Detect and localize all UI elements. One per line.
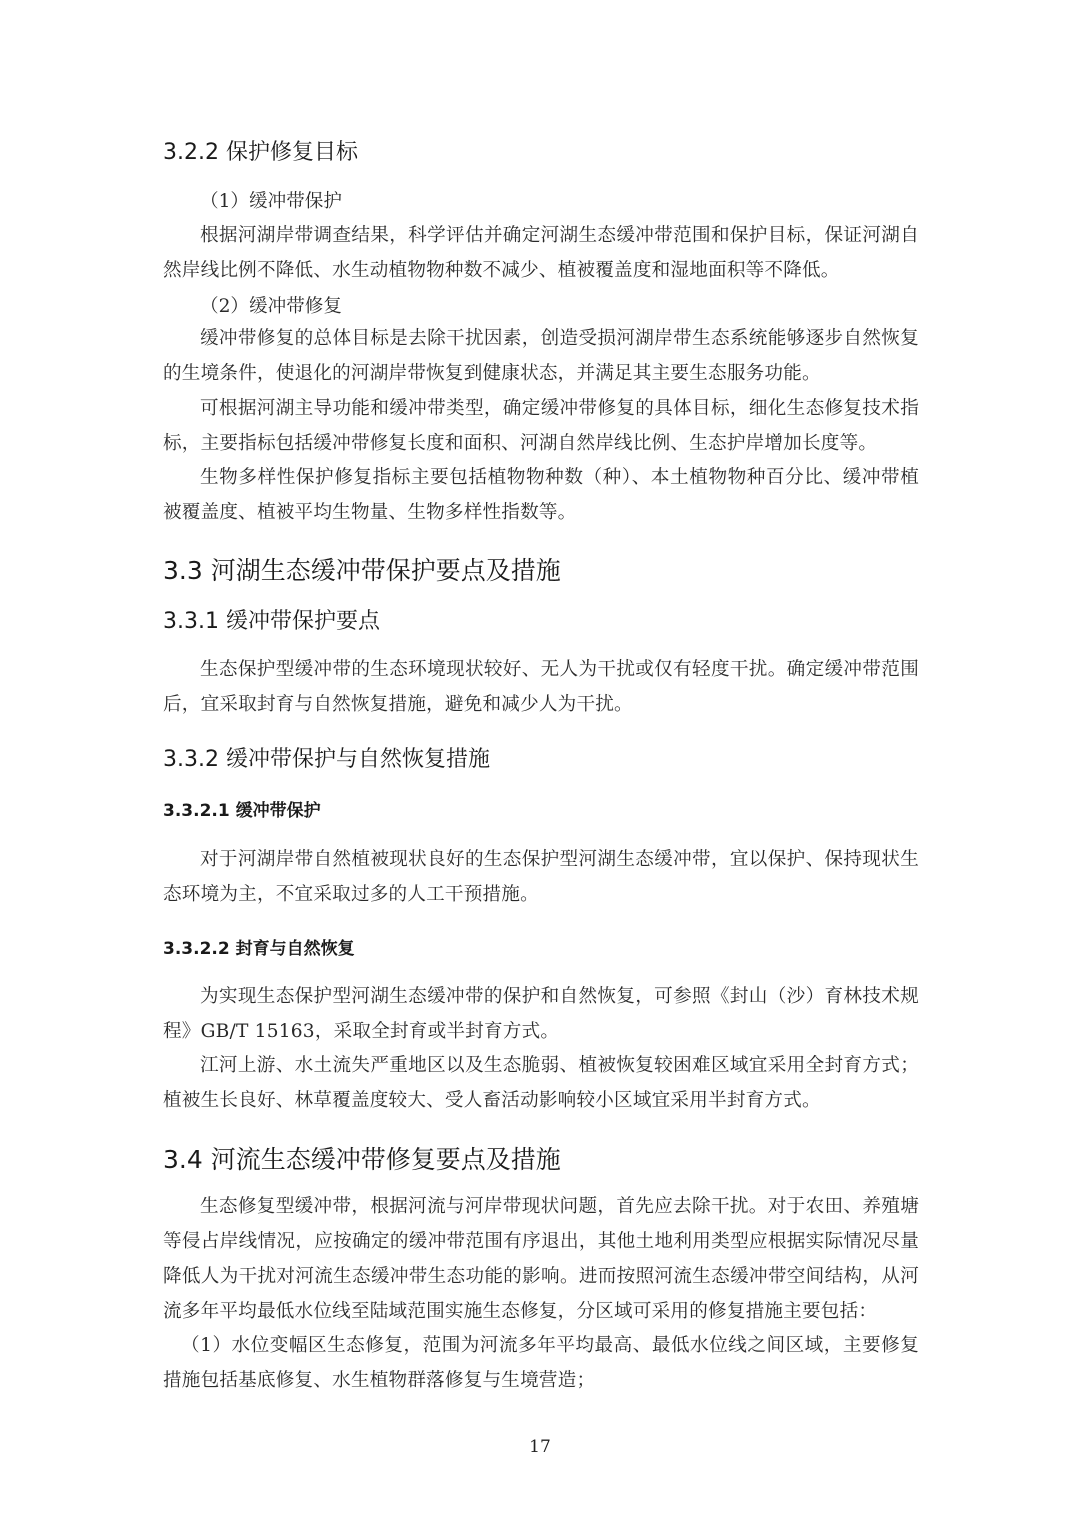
paragraph: 生态保护型缓冲带的生态环境现状较好、无人为干扰或仅有轻度干扰。确定缓冲带范围后，… [163, 652, 919, 722]
paragraph: 江河上游、水土流失严重地区以及生态脆弱、植被恢复较困难区域宜采用全封育方式；植被… [163, 1048, 919, 1118]
paragraph: 可根据河湖主导功能和缓冲带类型，确定缓冲带修复的具体目标，细化生态修复技术指标，… [163, 391, 919, 461]
paragraph-text: 缓冲带修复的总体目标是去除干扰因素，创造受损河湖岸带生态系统能够逐步自然恢复的生… [163, 321, 919, 391]
list-item-buffer-restoration: （2）缓冲带修复 [200, 292, 342, 318]
document-page: 3.2.2 保护修复目标 （1）缓冲带保护 根据河湖岸带调查结果，科学评估并确定… [0, 0, 1080, 1526]
paragraph: 根据河湖岸带调查结果，科学评估并确定河湖生态缓冲带范围和保护目标，保证河湖自然岸… [163, 218, 919, 288]
paragraph-text: 生物多样性保护修复指标主要包括植物物种数（种）、本土植物物种百分比、缓冲带植被覆… [163, 460, 919, 530]
section-heading-3-3-2-2: 3.3.2.2 封育与自然恢复 [163, 934, 355, 959]
paragraph-text: 为实现生态保护型河湖生态缓冲带的保护和自然恢复，可参照《封山（沙）育林技术规程》… [163, 979, 919, 1049]
paragraph-text: 江河上游、水土流失严重地区以及生态脆弱、植被恢复较困难区域宜采用全封育方式；植被… [163, 1048, 919, 1118]
page-number: 17 [0, 1437, 1080, 1457]
section-heading-3-2-2: 3.2.2 保护修复目标 [163, 135, 358, 166]
paragraph-text: 可根据河湖主导功能和缓冲带类型，确定缓冲带修复的具体目标，细化生态修复技术指标，… [163, 391, 919, 461]
paragraph-text: 根据河湖岸带调查结果，科学评估并确定河湖生态缓冲带范围和保护目标，保证河湖自然岸… [163, 218, 919, 288]
paragraph: 为实现生态保护型河湖生态缓冲带的保护和自然恢复，可参照《封山（沙）育林技术规程》… [163, 979, 919, 1049]
section-heading-3-4: 3.4 河流生态缓冲带修复要点及措施 [163, 1140, 561, 1176]
paragraph: 缓冲带修复的总体目标是去除干扰因素，创造受损河湖岸带生态系统能够逐步自然恢复的生… [163, 321, 919, 391]
paragraph-text: 对于河湖岸带自然植被现状良好的生态保护型河湖生态缓冲带，宜以保护、保持现状生态环… [163, 842, 919, 912]
paragraph: 生态修复型缓冲带，根据河流与河岸带现状问题，首先应去除干扰。对于农田、养殖塘等侵… [163, 1189, 919, 1329]
section-heading-3-3-1: 3.3.1 缓冲带保护要点 [163, 604, 380, 635]
section-heading-3-3-2-1: 3.3.2.1 缓冲带保护 [163, 796, 321, 821]
section-heading-3-3: 3.3 河湖生态缓冲带保护要点及措施 [163, 551, 561, 587]
paragraph: 生物多样性保护修复指标主要包括植物物种数（种）、本土植物物种百分比、缓冲带植被覆… [163, 460, 919, 530]
paragraph-text: 生态修复型缓冲带，根据河流与河岸带现状问题，首先应去除干扰。对于农田、养殖塘等侵… [163, 1189, 919, 1329]
paragraph: （1）水位变幅区生态修复，范围为河流多年平均最高、最低水位线之间区域，主要修复措… [163, 1328, 919, 1398]
paragraph: 对于河湖岸带自然植被现状良好的生态保护型河湖生态缓冲带，宜以保护、保持现状生态环… [163, 842, 919, 912]
paragraph-text: 生态保护型缓冲带的生态环境现状较好、无人为干扰或仅有轻度干扰。确定缓冲带范围后，… [163, 652, 919, 722]
paragraph-text: （1）水位变幅区生态修复，范围为河流多年平均最高、最低水位线之间区域，主要修复措… [163, 1328, 919, 1398]
section-heading-3-3-2: 3.3.2 缓冲带保护与自然恢复措施 [163, 742, 490, 773]
list-item-buffer-protection: （1）缓冲带保护 [200, 187, 342, 213]
